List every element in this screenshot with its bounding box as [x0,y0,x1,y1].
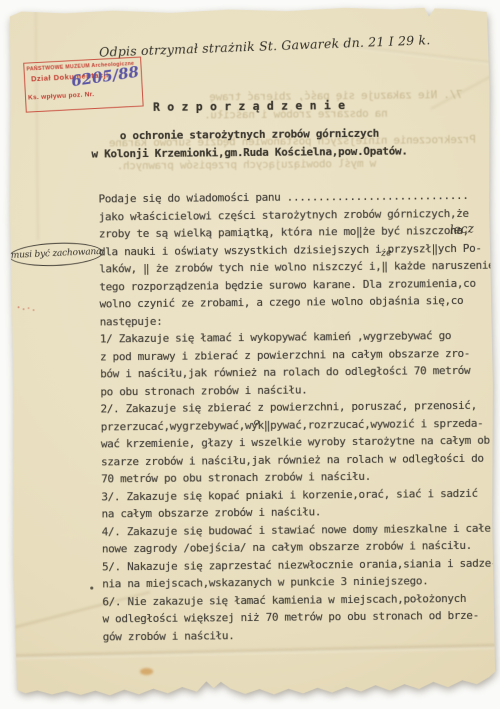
typed-line: gów zrobów i naściłu. [103,624,498,645]
handwritten-correction-ze: że [381,247,392,259]
handwritten-top-note: Odpis otrzymał strażnik St. Gawarek dn. … [99,33,399,59]
red-specks [18,306,20,308]
scanned-page: 7/. Nie zakazuje się paść, zbierać trawę… [7,6,497,699]
crease-vertical-left [35,10,39,240]
margin-note-circled: musi być zachowana [9,241,104,268]
crease-bottom [13,643,496,661]
document-body: Podaje się do wiadomości panu ..........… [98,187,498,646]
handwritten-correction-o: o [254,417,260,428]
stain-spot [140,668,153,675]
ink-dot [90,587,93,590]
document-subtitle-line: w Kolonji Krzemionki,gm.Ruda Kościelna,p… [8,144,491,162]
screenshot-root: { "colors": { "paper": "#e8debe", "stamp… [0,0,500,709]
paper-sheet: 7/. Nie zakazuje się paść, zbierać trawę… [7,6,497,699]
handwritten-correction-lecz: lecz [449,221,474,236]
